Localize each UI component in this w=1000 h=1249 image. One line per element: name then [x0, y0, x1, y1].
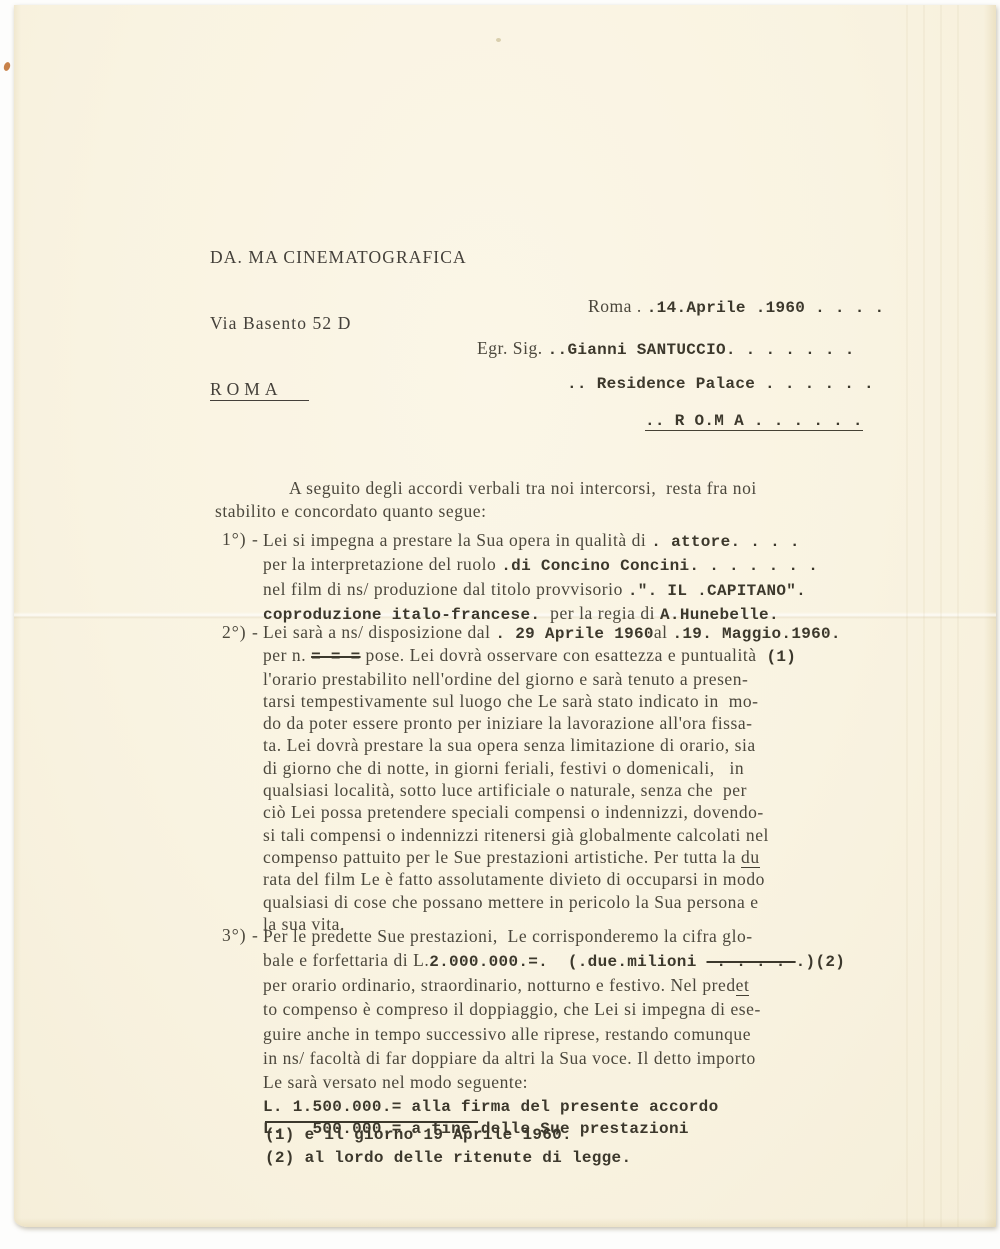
typed-text: L. 1.500.000.= alla firma del presente a…: [263, 1098, 718, 1116]
text-line: tarsi tempestivamente sul luogo che Le s…: [263, 691, 841, 713]
typed-text: .". IL .CAPITANO".: [628, 582, 806, 600]
printed-text: A seguito degli accordi verbali tra noi …: [289, 478, 757, 498]
printed-text: Egr. Sig.: [477, 338, 548, 358]
text-line: guire anche in tempo successivo alle rip…: [263, 1023, 845, 1047]
printed-text: et: [736, 975, 750, 996]
text-line: in ns/ facoltà di far doppiare da altri …: [263, 1047, 845, 1071]
text-line: l'orario prestabilito nell'ordine del gi…: [263, 669, 841, 691]
text-line: Per le predette Sue prestazioni, Le corr…: [263, 925, 845, 949]
text-line: Lei sarà a ns/ disposizione dal . 29 Apr…: [263, 622, 841, 645]
clause-3-number: 3°) -: [222, 925, 259, 946]
clause-2-number: 2°) -: [222, 622, 259, 643]
text-line: nel film di ns/ produzione dal titolo pr…: [263, 578, 818, 602]
printed-text: stabilito e concordato quanto segue:: [215, 501, 487, 521]
printed-text: Lei si impegna a prestare la Sua opera i…: [263, 530, 651, 550]
text-line: L. 1.500.000.= alla firma del presente a…: [263, 1096, 845, 1118]
text-line: qualsiasi località, sotto luce artificia…: [263, 780, 841, 802]
text-line: per orario ordinario, straordinario, not…: [263, 974, 845, 998]
typed-text: ..Gianni SANTUCCIO. . . . . . .: [548, 341, 855, 359]
printed-text: per n.: [263, 645, 311, 665]
printed-text: Roma .: [588, 296, 647, 316]
printed-text: qualsiasi località, sotto luce artificia…: [263, 780, 747, 800]
text-line: Le sarà versato nel modo seguente:: [263, 1071, 845, 1095]
text-line: rata del film Le è fatto assolutamente d…: [263, 869, 841, 891]
typed-text: .di Concino Concini. . . . . . .: [501, 557, 818, 575]
typed-text: -.-.-.-.-: [707, 953, 796, 971]
typed-text: 2.000.000.=. (.due.milioni: [429, 953, 706, 971]
text-line: compenso pattuito per le Sue prestazioni…: [263, 847, 841, 869]
addressee-name-line: Egr. Sig. ..Gianni SANTUCCIO. . . . . . …: [477, 338, 855, 359]
text-line: qualsiasi di cose che possano mettere in…: [263, 892, 841, 914]
printed-text: si tali compensi o indennizzi ritenersi …: [263, 825, 769, 845]
clause-3-body: Per le predette Sue prestazioni, Le corr…: [263, 925, 845, 1141]
clause-1-number: 1°) -: [222, 529, 259, 550]
printed-text: pose. Lei dovrà osservare con esattezza …: [361, 645, 767, 665]
printed-text: in ns/ facoltà di far doppiare da altri …: [263, 1048, 756, 1068]
footnotes: (1) e il giorno 19 Aprile 1960.(2) al lo…: [265, 1124, 631, 1169]
printed-text: bale e forfettaria di L.: [263, 950, 429, 970]
printed-text: Le sarà versato nel modo seguente:: [263, 1072, 528, 1092]
typed-text: .14.Aprile .1960 . . . .: [647, 299, 885, 317]
printed-text: du: [741, 847, 760, 868]
text-line: Lei si impegna a prestare la Sua opera i…: [263, 529, 818, 553]
printed-text: tarsi tempestivamente sul luogo che Le s…: [263, 691, 759, 711]
printed-text: l'orario prestabilito nell'ordine del gi…: [263, 669, 748, 689]
printed-text: nel film di ns/ produzione dal titolo pr…: [263, 579, 628, 599]
paper-speck: [496, 38, 501, 42]
printed-text: Per le predette Sue prestazioni, Le corr…: [263, 926, 753, 946]
typed-text: . attore. . . .: [651, 533, 800, 551]
text-line: di giorno che di notte, in giorni ferial…: [263, 758, 841, 780]
printed-text: di giorno che di notte, in giorni ferial…: [263, 758, 744, 778]
footnote-separator: [265, 1121, 478, 1123]
letterhead-city: ROMA: [210, 378, 467, 401]
printed-text: guire anche in tempo successivo alle rip…: [263, 1024, 751, 1044]
clause-1-body: Lei si impegna a prestare la Sua opera i…: [263, 529, 818, 627]
printed-text: Lei sarà a ns/ disposizione dal: [263, 622, 495, 642]
printed-text: per orario ordinario, straordinario, not…: [263, 975, 736, 995]
printed-text: do da poter essere pronto per iniziare l…: [263, 713, 753, 733]
text-line: ciò Lei possa pretendere speciali compen…: [263, 802, 841, 824]
printed-text: ciò Lei possa pretendere speciali compen…: [263, 802, 764, 822]
typed-text: .): [796, 953, 816, 971]
letter-page: DA. MA CINEMATOGRAFICA Via Basento 52 D …: [14, 5, 996, 1227]
intro-paragraph-line-2: stabilito e concordato quanto segue:: [215, 501, 487, 522]
printed-text: compenso pattuito per le Sue prestazioni…: [263, 847, 741, 867]
typed-text: . 29 Aprile 1960: [495, 625, 653, 643]
typed-text: .. R O.M A . . . . . .: [645, 412, 863, 431]
addressee-city-line: .. R O.M A . . . . . .: [645, 412, 863, 430]
typed-text: .19. Maggio.1960.: [673, 625, 841, 643]
intro-paragraph-line-1: A seguito degli accordi verbali tra noi …: [289, 478, 757, 499]
printed-text: per la regia di: [550, 603, 660, 623]
text-line: ta. Lei dovrà prestare la sua opera senz…: [263, 735, 841, 757]
typed-text: .. Residence Palace . . . . . .: [567, 375, 874, 393]
printed-text: al: [654, 622, 673, 642]
printed-text: rata del film Le è fatto assolutamente d…: [263, 869, 765, 889]
text-line: si tali compensi o indennizzi ritenersi …: [263, 825, 841, 847]
typed-text: (2) al lordo delle ritenute di legge.: [265, 1149, 631, 1167]
clause-2-body: Lei sarà a ns/ disposizione dal . 29 Apr…: [263, 622, 841, 936]
letterhead: DA. MA CINEMATOGRAFICA Via Basento 52 D …: [210, 202, 467, 445]
text-line: (1) e il giorno 19 Aprile 1960.: [265, 1124, 631, 1147]
scanned-letter: DA. MA CINEMATOGRAFICA Via Basento 52 D …: [0, 0, 1000, 1249]
typed-text: =-=-=: [311, 648, 361, 666]
typed-text: (1) e il giorno 19 Aprile 1960.: [265, 1126, 572, 1144]
printed-text: qualsiasi di cose che possano mettere in…: [263, 892, 759, 912]
letterhead-address: Via Basento 52 D: [210, 312, 467, 334]
vertical-crease: [906, 5, 966, 1227]
paper-speck: [3, 61, 12, 72]
date-line: Roma . .14.Aprile .1960 . . . .: [588, 296, 884, 317]
text-line: per la interpretazione del ruolo .di Con…: [263, 553, 818, 577]
printed-text: ta. Lei dovrà prestare la sua opera senz…: [263, 735, 756, 755]
text-line: (2) al lordo delle ritenute di legge.: [265, 1147, 631, 1170]
addressee-street-line: .. Residence Palace . . . . . .: [567, 375, 874, 393]
printed-text: to compenso è compreso il doppiaggio, ch…: [263, 999, 761, 1019]
text-line: to compenso è compreso il doppiaggio, ch…: [263, 998, 845, 1022]
typed-text: (2): [815, 953, 845, 971]
typed-text: (1): [766, 648, 796, 666]
letterhead-company: DA. MA CINEMATOGRAFICA: [210, 246, 467, 268]
text-line: do da poter essere pronto per iniziare l…: [263, 713, 841, 735]
text-line: bale e forfettaria di L.2.000.000.=. (.d…: [263, 949, 845, 973]
printed-text: per la interpretazione del ruolo: [263, 554, 501, 574]
text-line: per n. =-=-= pose. Lei dovrà osservare c…: [263, 645, 841, 668]
